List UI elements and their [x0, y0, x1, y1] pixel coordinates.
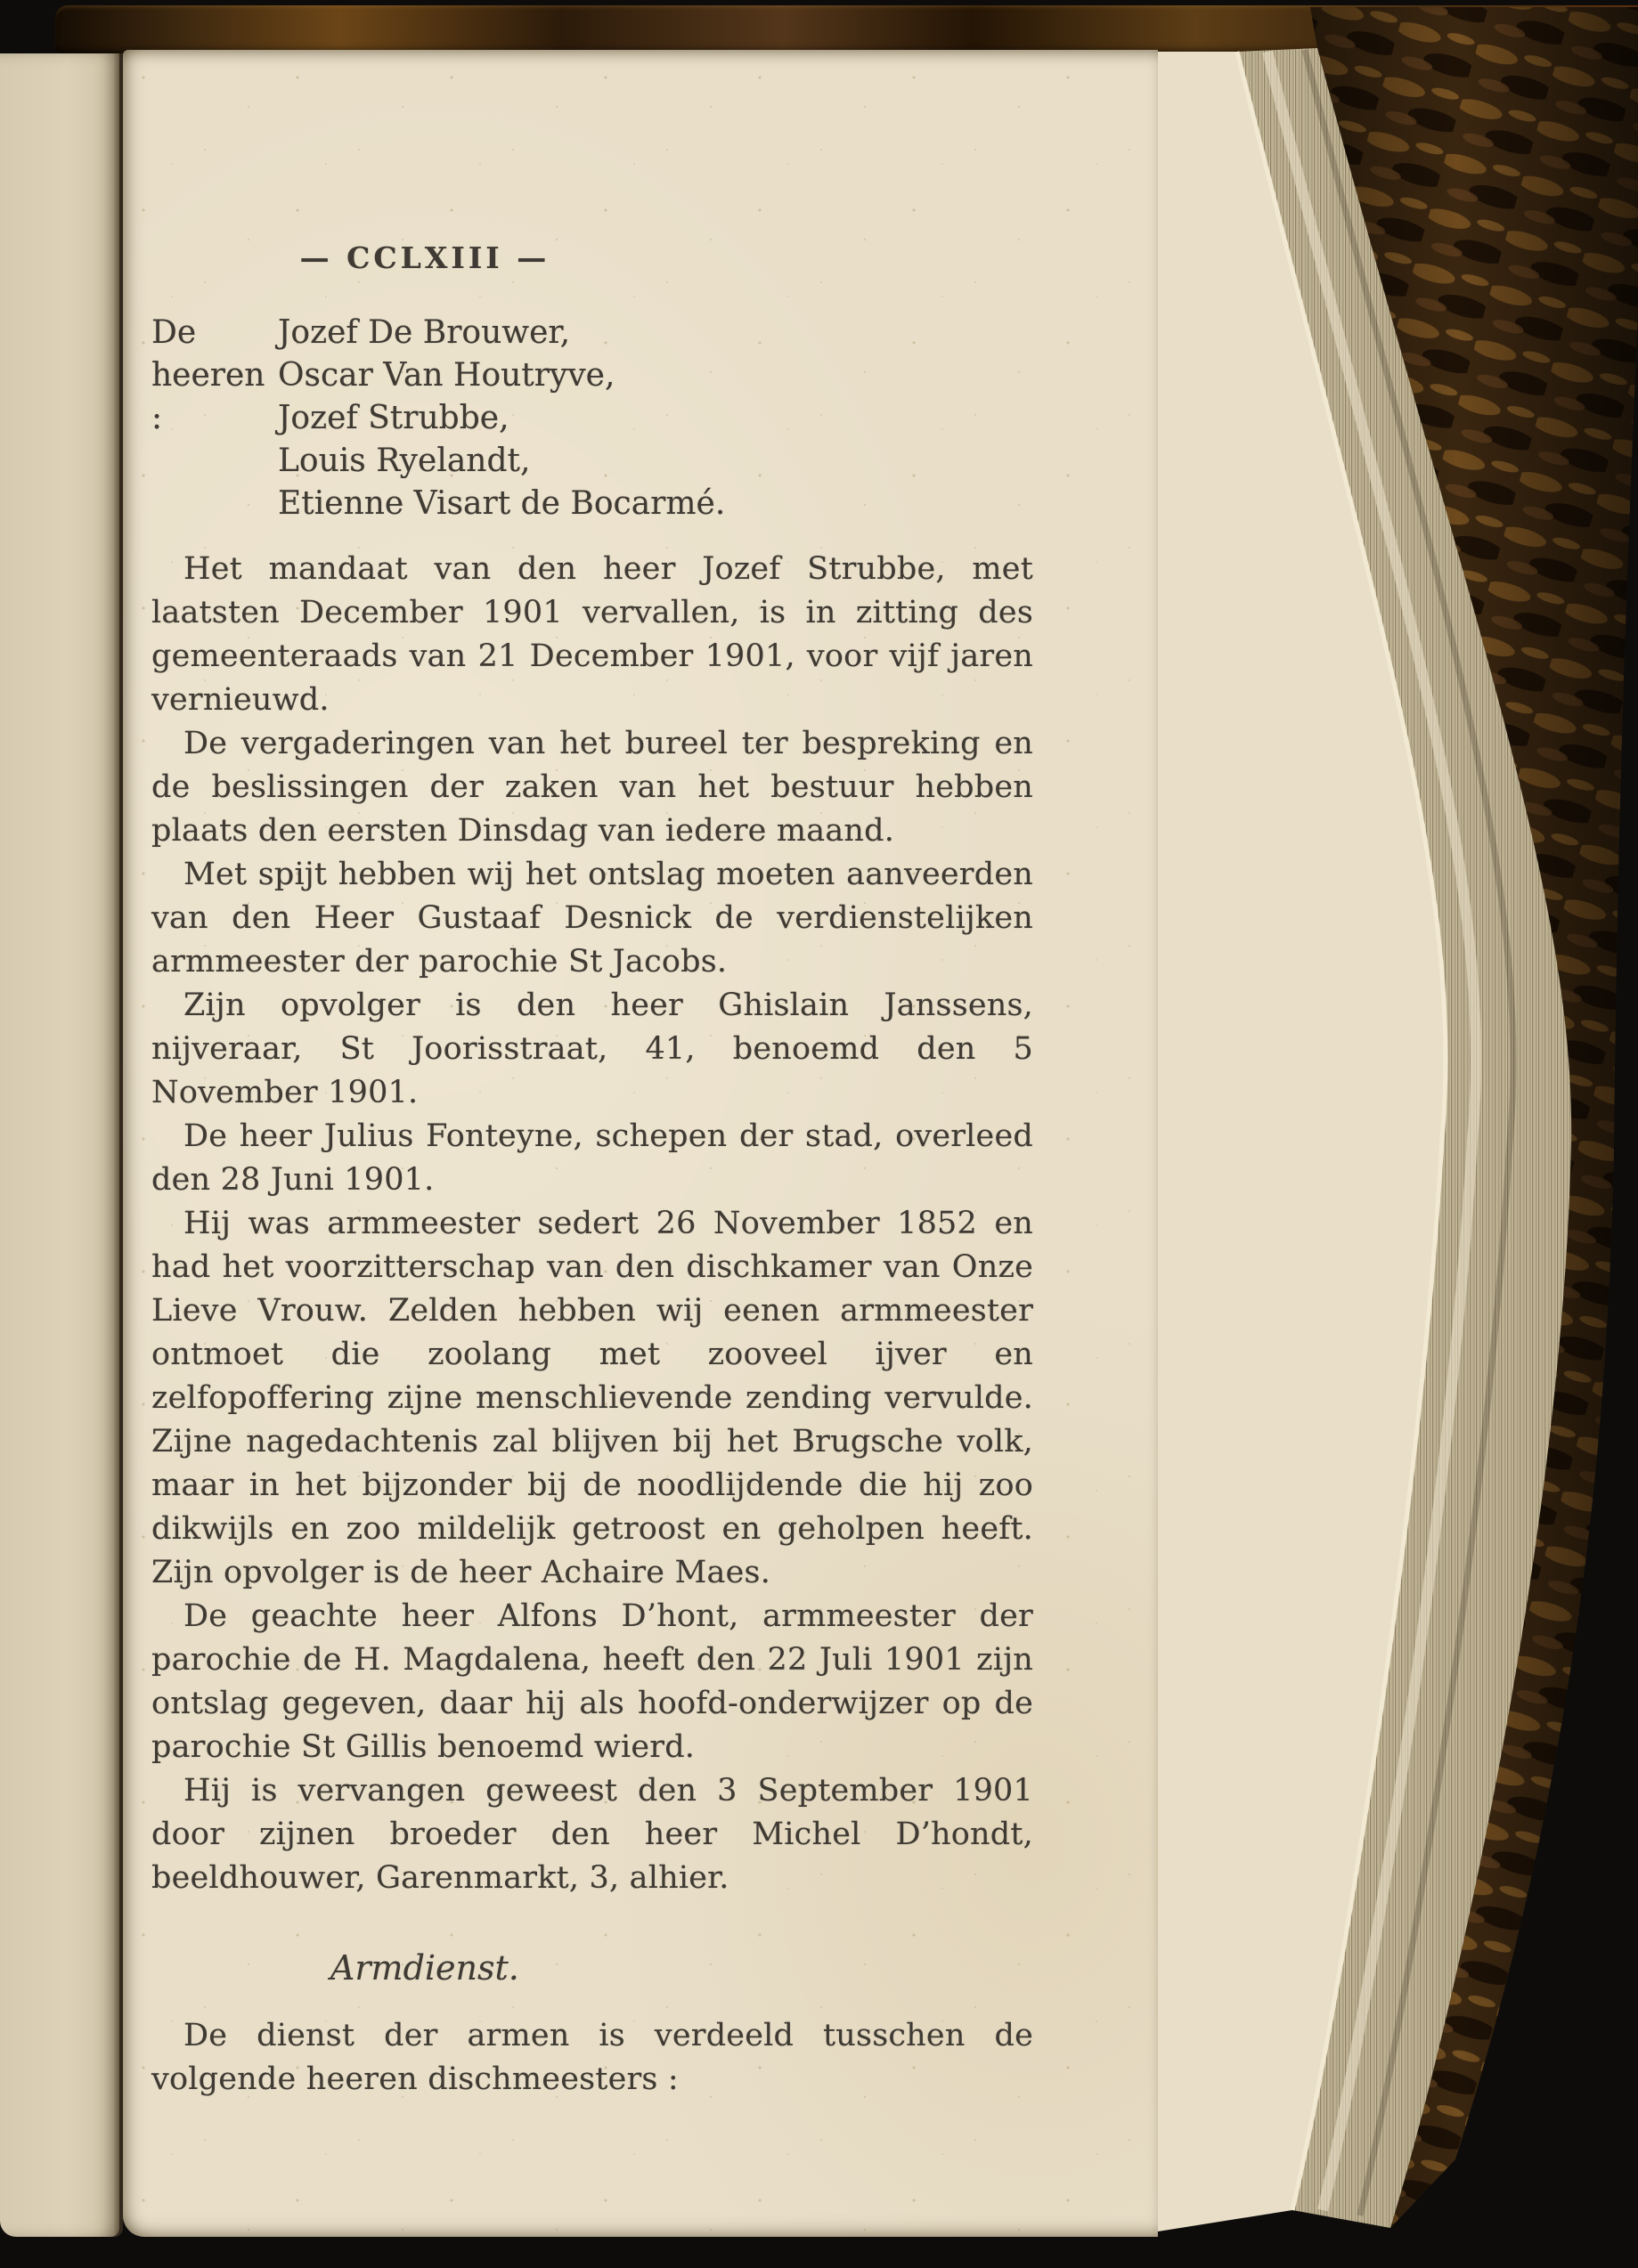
list-name-3: Jozef Strubbe, [278, 397, 725, 440]
names-list-names: Jozef De Brouwer, Oscar Van Houtryve, Jo… [278, 312, 725, 525]
scanned-book-photo: — CCLXIII — De heeren : Jozef De Brouwer… [0, 0, 1638, 2268]
paragraph-4: Zijn opvolger is den heer Ghislain Janss… [151, 984, 1033, 1115]
closing-paragraph: De dienst der armen is verdeeld tusschen… [151, 2014, 1033, 2101]
page-number: — CCLXIII — [151, 240, 698, 275]
paragraph-3: Met spijt hebben wij het ontslag moeten … [151, 853, 1033, 984]
facing-page-sliver [0, 53, 123, 2237]
names-list: De heeren : Jozef De Brouwer, Oscar Van … [151, 312, 1033, 525]
paragraph-6: Hij was armmeester sedert 26 November 18… [151, 1202, 1033, 1595]
paragraph-7: De geachte heer Alfons D’hont, armmeeste… [151, 1595, 1033, 1769]
book-page: — CCLXIII — De heeren : Jozef De Brouwer… [123, 50, 1158, 2237]
list-name-1: Jozef De Brouwer, [278, 312, 725, 354]
paragraph-8: Hij is vervangen geweest den 3 September… [151, 1769, 1033, 1900]
book-fore-edge [1157, 0, 1638, 2268]
page-text-block: — CCLXIII — De heeren : Jozef De Brouwer… [151, 50, 1033, 2101]
section-heading: Armdienst. [151, 1948, 698, 1988]
list-name-4: Louis Ryelandt, [278, 440, 725, 483]
paragraph-2: De vergaderingen van het bureel ter besp… [151, 722, 1033, 853]
paragraph-1: Het mandaat van den heer Jozef Strubbe, … [151, 548, 1033, 722]
paragraph-5: De heer Julius Fonteyne, schepen der sta… [151, 1115, 1033, 1202]
names-list-label: De heeren : [151, 312, 278, 525]
list-name-5: Etienne Visart de Bocarmé. [278, 483, 725, 525]
list-name-2: Oscar Van Houtryve, [278, 354, 725, 397]
